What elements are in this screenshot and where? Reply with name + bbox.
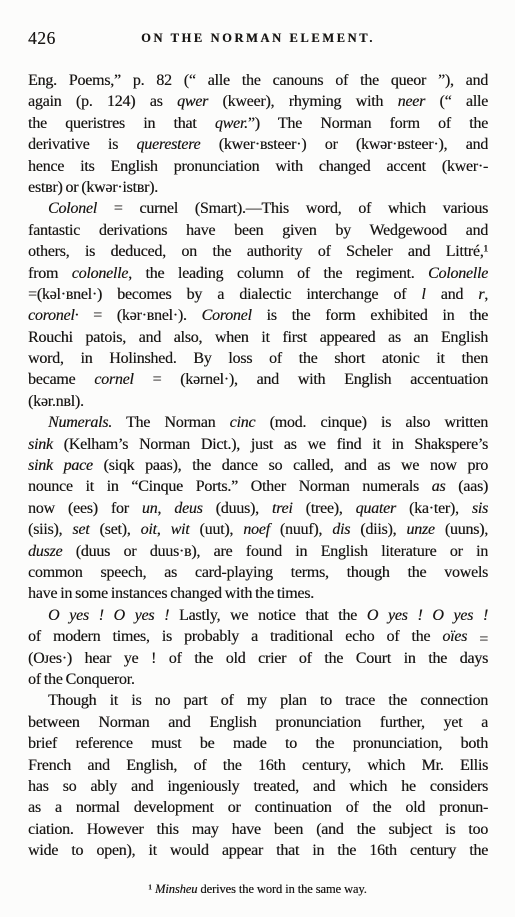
text-run: =(kəl·ʙnel·) becomes by a dialectic inte… bbox=[28, 286, 421, 303]
italic-text: qwer bbox=[177, 93, 208, 110]
text-line: the queristres in that qwer.”) The Norma… bbox=[28, 113, 488, 134]
text-line: now (ees) for un, deus (duus), trei (tre… bbox=[28, 498, 488, 519]
text-line: from colonelle, the leading column of th… bbox=[28, 263, 488, 284]
paragraph: Eng. Poems,” p. 82 (“ alle the canouns o… bbox=[28, 70, 488, 198]
text-line: of the Conqueror. bbox=[28, 669, 488, 690]
text-run: has so ably and ingeniously treated, and… bbox=[28, 778, 488, 795]
text-run: between Norman and English pronunciation… bbox=[28, 714, 488, 731]
text-run: the queristres in that bbox=[28, 115, 215, 132]
text-line: hence its English pronunciation with cha… bbox=[28, 156, 488, 177]
italic-text: querestere bbox=[136, 136, 200, 153]
text-run: again (p. 124) as bbox=[28, 93, 177, 110]
text-run: = (kər·ʙnel·). bbox=[78, 307, 201, 324]
text-line: (siis), set (set), oit, wit (uut), noef … bbox=[28, 519, 488, 540]
italic-text: Minsheu bbox=[155, 882, 197, 896]
text-line: have in some instances changed with the … bbox=[28, 583, 488, 604]
text-run: = curnel (Smart).—This word, of which va… bbox=[97, 200, 488, 217]
text-line: fantastic derivations have been given by… bbox=[28, 220, 488, 241]
text-run: ¹ bbox=[148, 882, 155, 896]
text-run: ”) The Norman form of the bbox=[248, 115, 488, 132]
italic-text: Colonelle bbox=[428, 265, 488, 282]
paragraph: Numerals. The Norman cinc (mod. cinque) … bbox=[28, 412, 488, 605]
italic-text: oit bbox=[141, 521, 157, 538]
text-run: hence its English pronunciation with cha… bbox=[28, 158, 488, 175]
text-run: (“ alle bbox=[425, 93, 488, 110]
text-run: (uuns), bbox=[435, 521, 488, 538]
text-run: (Kelham’s Norman Dict.), just as we find… bbox=[53, 436, 488, 453]
text-line: Eng. Poems,” p. 82 (“ alle the canouns o… bbox=[28, 70, 488, 91]
italic-text: colonelle bbox=[72, 265, 128, 282]
text-line: sink pace (siqk paas), the dance so call… bbox=[28, 455, 488, 476]
italic-text: Numerals. bbox=[48, 414, 112, 431]
text-line: =(kəl·ʙnel·) becomes by a dialectic inte… bbox=[28, 284, 488, 305]
text-run: (kwer·ʙsteer·) or (kwər·ʙsteer·), and bbox=[200, 136, 488, 153]
italic-text: cinc bbox=[230, 414, 256, 431]
text-run: (mod. cinque) is also written bbox=[255, 414, 488, 431]
text-run: (siqk paas), the dance so called, and as… bbox=[93, 457, 488, 474]
text-run: others, is deduced, on the authority of … bbox=[28, 243, 488, 260]
text-run: have in some instances changed with the … bbox=[28, 585, 314, 602]
text-line: others, is deduced, on the authority of … bbox=[28, 241, 488, 262]
text-run: (uut), bbox=[189, 521, 243, 538]
italic-text: wit bbox=[171, 521, 190, 538]
text-run: French and English, of the 16th century,… bbox=[28, 757, 488, 774]
page-body: Eng. Poems,” p. 82 (“ alle the canouns o… bbox=[28, 70, 488, 861]
text-line: ciation. However this may have been (and… bbox=[28, 819, 488, 840]
italic-text: deus bbox=[174, 500, 202, 517]
text-run: (duus or duus·ʙ), are found in English l… bbox=[62, 543, 488, 560]
text-run: , bbox=[157, 500, 174, 517]
running-head: ON THE NORMAN ELEMENT. bbox=[141, 31, 375, 46]
italic-text: sis bbox=[472, 500, 488, 517]
text-run: Eng. Poems,” p. 82 (“ alle the canouns o… bbox=[28, 72, 488, 89]
italic-text: sink bbox=[28, 436, 53, 453]
text-run: derives the word in the same way. bbox=[197, 882, 366, 896]
text-line: O yes ! O yes ! Lastly, we notice that t… bbox=[28, 605, 488, 626]
text-run: = bbox=[467, 631, 488, 647]
italic-text: O yes ! O yes ! bbox=[48, 607, 169, 624]
footnote: ¹ Minsheu derives the word in the same w… bbox=[0, 882, 515, 897]
text-run: (diis), bbox=[350, 521, 406, 538]
text-run: (kər.nʙl). bbox=[28, 393, 84, 410]
italic-text: quater bbox=[356, 500, 396, 517]
italic-text: dusze bbox=[28, 543, 62, 560]
italic-text: O yes ! O yes ! bbox=[367, 607, 488, 624]
text-line: sink (Kelham’s Norman Dict.), just as we… bbox=[28, 434, 488, 455]
text-line: Colonel = curnel (Smart).—This word, of … bbox=[28, 198, 488, 219]
text-run: of the Conqueror. bbox=[28, 671, 135, 688]
paragraph: Though it is no part of my plan to trace… bbox=[28, 690, 488, 861]
text-line: Though it is no part of my plan to trace… bbox=[28, 690, 488, 711]
text-line: has so ably and ingeniously treated, and… bbox=[28, 776, 488, 797]
text-line: Numerals. The Norman cinc (mod. cinque) … bbox=[28, 412, 488, 433]
italic-text: dis bbox=[332, 521, 350, 538]
text-run: (set), bbox=[89, 521, 140, 538]
text-line: dusze (duus or duus·ʙ), are found in Eng… bbox=[28, 541, 488, 562]
text-run: = (kərnel·), and with English accentuati… bbox=[134, 371, 488, 388]
italic-text: trei bbox=[272, 500, 293, 517]
italic-text: cornel bbox=[94, 371, 133, 388]
text-run: common speech, as card-playing terms, th… bbox=[28, 564, 488, 581]
text-line: between Norman and English pronunciation… bbox=[28, 712, 488, 733]
text-line: estʙr) or (kwər·istʙr). bbox=[28, 177, 488, 198]
text-run: now (ees) for bbox=[28, 500, 142, 517]
text-run: derivative is bbox=[28, 136, 136, 153]
text-run: , bbox=[157, 521, 171, 538]
text-run: fantastic derivations have been given by… bbox=[28, 222, 488, 239]
text-run: word, in Holinshed. By loss of the short… bbox=[28, 350, 488, 367]
text-line: (Oᴊes·) hear ye ! of the old crier of th… bbox=[28, 648, 488, 669]
text-line: French and English, of the 16th century,… bbox=[28, 755, 488, 776]
text-run: estʙr) or (kwər·istʙr). bbox=[28, 179, 158, 196]
text-line: Rouchi patois, and also, when it first a… bbox=[28, 327, 488, 348]
page-header: 426 ON THE NORMAN ELEMENT. bbox=[28, 28, 488, 48]
text-run: ciation. However this may have been (and… bbox=[28, 821, 488, 838]
text-line: nounce it in “Cinque Ports.” Other Norma… bbox=[28, 476, 488, 497]
italic-text: unze bbox=[406, 521, 434, 538]
text-run: Rouchi patois, and also, when it first a… bbox=[28, 329, 488, 346]
text-run: , bbox=[484, 286, 488, 303]
text-run: (duus), bbox=[203, 500, 272, 517]
text-run: The Norman bbox=[112, 414, 230, 431]
text-line: coronel· = (kər·ʙnel·). Coronel is the f… bbox=[28, 305, 488, 326]
italic-text: oïes bbox=[442, 628, 467, 645]
text-run: nounce it in “Cinque Ports.” Other Norma… bbox=[28, 478, 432, 495]
text-line: again (p. 124) as qwer (kweer), rhyming … bbox=[28, 91, 488, 112]
text-run: brief reference must be made to the pron… bbox=[28, 735, 488, 752]
italic-text: set bbox=[72, 521, 89, 538]
text-line: became cornel = (kərnel·), and with Engl… bbox=[28, 369, 488, 390]
text-line: derivative is querestere (kwer·ʙsteer·) … bbox=[28, 134, 488, 155]
paragraph: Colonel = curnel (Smart).—This word, of … bbox=[28, 198, 488, 412]
italic-text: un bbox=[142, 500, 158, 517]
text-run: from bbox=[28, 265, 72, 282]
text-line: of modern times, is probably a tradition… bbox=[28, 626, 488, 647]
page-number: 426 bbox=[28, 28, 56, 49]
text-run: is the form exhibited in the bbox=[252, 307, 488, 324]
italic-text: Coronel bbox=[202, 307, 252, 324]
text-run: , the leading column of the regiment. bbox=[128, 265, 428, 282]
text-line: (kər.nʙl). bbox=[28, 391, 488, 412]
text-run: wide to open), it would appear that in t… bbox=[28, 842, 488, 859]
text-run: (Oᴊes·) hear ye ! of the old crier of th… bbox=[28, 650, 488, 667]
text-run: (nuuf), bbox=[270, 521, 332, 538]
italic-text: qwer. bbox=[215, 115, 248, 132]
text-run: and bbox=[426, 286, 479, 303]
text-run: Lastly, we notice that the bbox=[169, 607, 367, 624]
text-line: wide to open), it would appear that in t… bbox=[28, 840, 488, 861]
text-run: (tree), bbox=[293, 500, 356, 517]
text-line: word, in Holinshed. By loss of the short… bbox=[28, 348, 488, 369]
italic-text: as bbox=[432, 478, 446, 495]
text-line: as a normal development or continuation … bbox=[28, 797, 488, 818]
text-line: brief reference must be made to the pron… bbox=[28, 733, 488, 754]
text-run: (aas) bbox=[445, 478, 488, 495]
text-run: (kweer), rhyming with bbox=[208, 93, 398, 110]
italic-text: noef bbox=[243, 521, 270, 538]
text-line: common speech, as card-playing terms, th… bbox=[28, 562, 488, 583]
italic-text: Colonel bbox=[48, 200, 97, 217]
text-run: Though it is no part of my plan to trace… bbox=[48, 692, 488, 709]
text-run: became bbox=[28, 371, 94, 388]
text-run: as a normal development or continuation … bbox=[28, 799, 488, 816]
text-run: (siis), bbox=[28, 521, 72, 538]
paragraph: O yes ! O yes ! Lastly, we notice that t… bbox=[28, 605, 488, 691]
italic-text: coronel· bbox=[28, 307, 78, 324]
text-run: (ka·ter), bbox=[396, 500, 472, 517]
text-run: of modern times, is probably a tradition… bbox=[28, 628, 442, 645]
book-page: 426 ON THE NORMAN ELEMENT. Eng. Poems,” … bbox=[0, 0, 515, 917]
italic-text: sink pace bbox=[28, 457, 93, 474]
italic-text: neer bbox=[398, 93, 425, 110]
